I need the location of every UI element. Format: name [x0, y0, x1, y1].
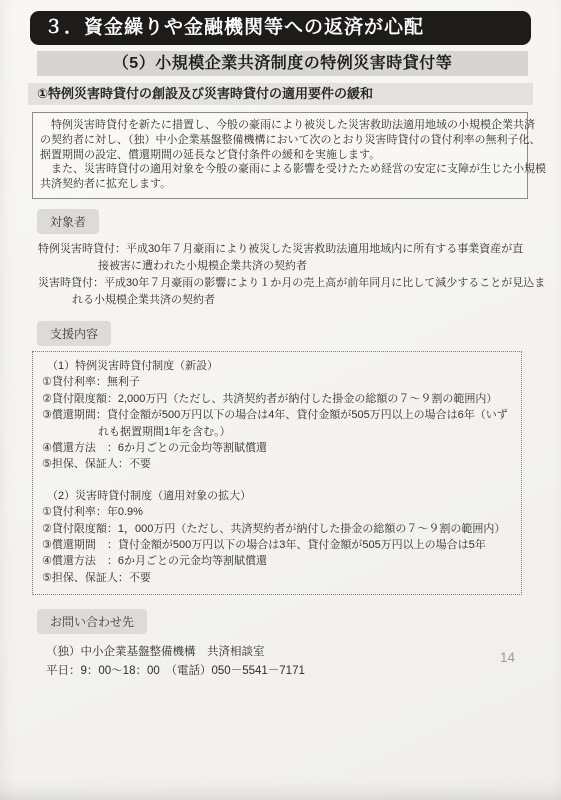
support-line: ③償還期間 ：貸付金額が500万円以下の場合は3年、貸付金額が505万円以上の場…: [42, 537, 513, 553]
support-line: ①貸付利率：無利子: [42, 374, 513, 390]
support-box: （1）特例災害時貸付制度（新設） ①貸付利率：無利子 ②貸付限度額：2,000万…: [32, 351, 522, 595]
document-page: ３．資金繰りや金融機関等への返済が心配 （5）小規模企業共済制度の特例災害時貸付…: [0, 0, 561, 800]
contact-label: お問い合わせ先: [37, 609, 147, 634]
support-line: ②貸付限度額：2,000万円（ただし、共済契約者が納付した掛金の総額の７～９割の…: [42, 391, 513, 407]
overview-line: 据置期間の設定、償還期間の延長など貸付条件の緩和を実施します。: [40, 148, 520, 163]
target-line: 災害時貸付：平成30年７月豪雨の影響により１か月の売上高が前年同月に比して減少す…: [38, 275, 531, 292]
target-line: 特例災害時貸付：平成30年７月豪雨により被災した災害救助法適用地域内に所有する事…: [38, 241, 531, 258]
page-number: 14: [500, 650, 515, 665]
page-title-text: ３．資金繰りや金融機関等への返済が心配: [44, 17, 424, 38]
support-line: ④償還方法 ：6か月ごとの元金均等割賦償還: [42, 553, 513, 569]
contact-organization: （独）中小企業基盤整備機構 共済相談室: [46, 643, 531, 662]
support-line: ⑤担保、保証人：不要: [42, 456, 513, 472]
support-label: 支援内容: [37, 321, 111, 346]
support-line: れも据置期間1年を含む。）: [42, 424, 513, 440]
support-line: ①貸付利率：年0.9%: [42, 504, 513, 520]
overview-line: 特例災害時貸付を新たに措置し、今般の豪雨により被災した災害救助法適用地域の小規模…: [40, 118, 520, 133]
overview-line: また、災害時貸付の適用対象を今般の豪雨による影響を受けたため経営の安定に支障が生…: [40, 162, 520, 177]
support-block2-heading: （2）災害時貸付制度（適用対象の拡大）: [42, 488, 513, 504]
contact-section: （独）中小企業基盤整備機構 共済相談室 平日：9：00～18：00 （電話）05…: [46, 643, 531, 680]
support-line: ⑤担保、保証人：不要: [42, 570, 513, 586]
support-block1-heading: （1）特例災害時貸付制度（新設）: [42, 358, 513, 374]
contact-hours-phone: 平日：9：00～18：00 （電話）050－5541－7171: [46, 662, 531, 681]
overview-line: の契約者に対し、（独）中小企業基盤整備機構において次のとおり災害時貸付の貸付利率…: [40, 133, 520, 148]
block-spacer: [42, 473, 513, 488]
support-line: ②貸付限度額：1，000万円（ただし、共済契約者が納付した掛金の総額の７～９割の…: [42, 521, 513, 537]
support-line: ③償還期間：貸付金額が500万円以下の場合は4年、貸付金額が505万円以上の場合…: [42, 407, 513, 423]
support-line: ④償還方法 ：6か月ごとの元金均等割賦償還: [42, 440, 513, 456]
target-line: 接被害に遭われた小規模企業共済の契約者: [38, 258, 531, 275]
target-label: 対象者: [37, 209, 99, 234]
target-line: れる小規模企業共済の契約者: [38, 292, 531, 309]
overview-box: 特例災害時貸付を新たに措置し、今般の豪雨により被災した災害救助法適用地域の小規模…: [32, 112, 528, 199]
topic-heading: ①特例災害時貸付の創設及び災害時貸付の適用要件の緩和: [28, 83, 533, 105]
section-subtitle: （5）小規模企業共済制度の特例災害時貸付等: [37, 51, 528, 76]
overview-line: 共済契約者に拡充します。: [40, 177, 520, 192]
page-title: ３．資金繰りや金融機関等への返済が心配: [30, 11, 531, 45]
target-section: 特例災害時貸付：平成30年７月豪雨により被災した災害救助法適用地域内に所有する事…: [38, 241, 531, 309]
